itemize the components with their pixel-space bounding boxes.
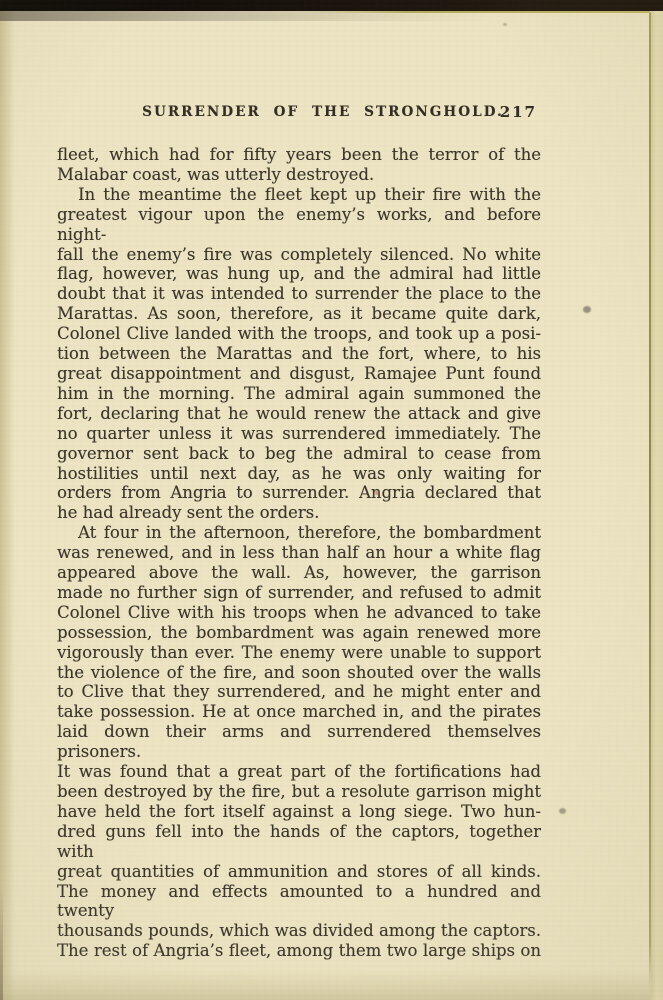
page-right-under-edge: [651, 9, 663, 1000]
text-line: no quarter unless it was surrendered imm…: [57, 424, 541, 444]
text-line: orders from Angria to surrender. Angria …: [57, 483, 541, 503]
page-bottom-left-edge: [0, 885, 3, 1000]
text-line: dred guns fell into the hands of the cap…: [57, 822, 541, 862]
scan-speck: [503, 23, 507, 26]
text-line: appeared above the wall. As, however, th…: [57, 563, 541, 583]
text-line: The money and effects amounted to a hund…: [57, 882, 541, 922]
text-line: The rest of Angria’s fleet, among them t…: [57, 941, 541, 961]
scanned-book-page: { "page": { "header": { "title": "SURREN…: [0, 0, 663, 1000]
text-line: was renewed, and in less than half an ho…: [57, 543, 541, 563]
page-top-edge-highlight: [305, 11, 650, 13]
text-line: Colonel Clive with his troops when he ad…: [57, 603, 541, 623]
scan-top-black-border: [0, 0, 663, 11]
text-line: laid down their arms and surrendered the…: [57, 722, 541, 762]
text-line: vigorously than ever. The enemy were una…: [57, 643, 541, 663]
text-line: Marattas. As soon, therefore, as it beca…: [57, 304, 541, 324]
text-line: Malabar coast, was utterly destroyed.: [57, 165, 541, 185]
page-left-gutter-shadow: [0, 11, 15, 1000]
text-line: been destroyed by the fire, but a resolu…: [57, 782, 541, 802]
text-line: take possession. He at once marched in, …: [57, 702, 541, 722]
scan-speck: [375, 491, 379, 495]
text-line: flag, however, was hung up, and the admi…: [57, 264, 541, 284]
paragraph: In the meantime the fleet kept up their …: [57, 185, 541, 523]
running-head: SURRENDER OF THE STRONGHOLD. 217: [57, 104, 541, 126]
text-line: tion between the Marattas and the fort, …: [57, 344, 541, 364]
text-line: the violence of the fire, and soon shout…: [57, 663, 541, 683]
text-line: At four in the afternoon, therefore, the…: [57, 523, 541, 543]
text-line: thousands pounds, which was divided amon…: [57, 921, 541, 941]
page-body: fleet, which had for fifty years been th…: [57, 145, 541, 961]
text-line: fleet, which had for fifty years been th…: [57, 145, 541, 165]
text-line: great quantities of ammunition and store…: [57, 862, 541, 882]
page-right-edge-line: [649, 12, 651, 992]
text-line: fall the enemy’s fire was completely sil…: [57, 245, 541, 265]
text-line: him in the morning. The admiral again su…: [57, 384, 541, 404]
text-line: great disappointment and disgust, Ramaje…: [57, 364, 541, 384]
text-line: he had already sent the orders.: [57, 503, 541, 523]
text-line: to Clive that they surrendered, and he m…: [57, 682, 541, 702]
text-line: made no further sign of surrender, and r…: [57, 583, 541, 603]
text-line: have held the fort itself against a long…: [57, 802, 541, 822]
paragraph: fleet, which had for fifty years been th…: [57, 145, 541, 185]
text-line: hostilities until next day, as he was on…: [57, 464, 541, 484]
page-number: 217: [500, 103, 537, 121]
text-line: fort, declaring that he would renew the …: [57, 404, 541, 424]
scan-speck: [559, 808, 566, 814]
text-line: doubt that it was intended to surrender …: [57, 284, 541, 304]
text-line: greatest vigour upon the enemy’s works, …: [57, 205, 541, 245]
paragraph: At four in the afternoon, therefore, the…: [57, 523, 541, 961]
text-line: Colonel Clive landed with the troops, an…: [57, 324, 541, 344]
text-line: governor sent back to beg the admiral to…: [57, 444, 541, 464]
text-line: It was found that a great part of the fo…: [57, 762, 541, 782]
page-bottom-shadow: [0, 970, 651, 1000]
scan-speck: [583, 306, 591, 313]
text-line: In the meantime the fleet kept up their …: [57, 185, 541, 205]
page-title: SURRENDER OF THE STRONGHOLD.: [142, 104, 504, 120]
text-line: possession, the bombardment was again re…: [57, 623, 541, 643]
